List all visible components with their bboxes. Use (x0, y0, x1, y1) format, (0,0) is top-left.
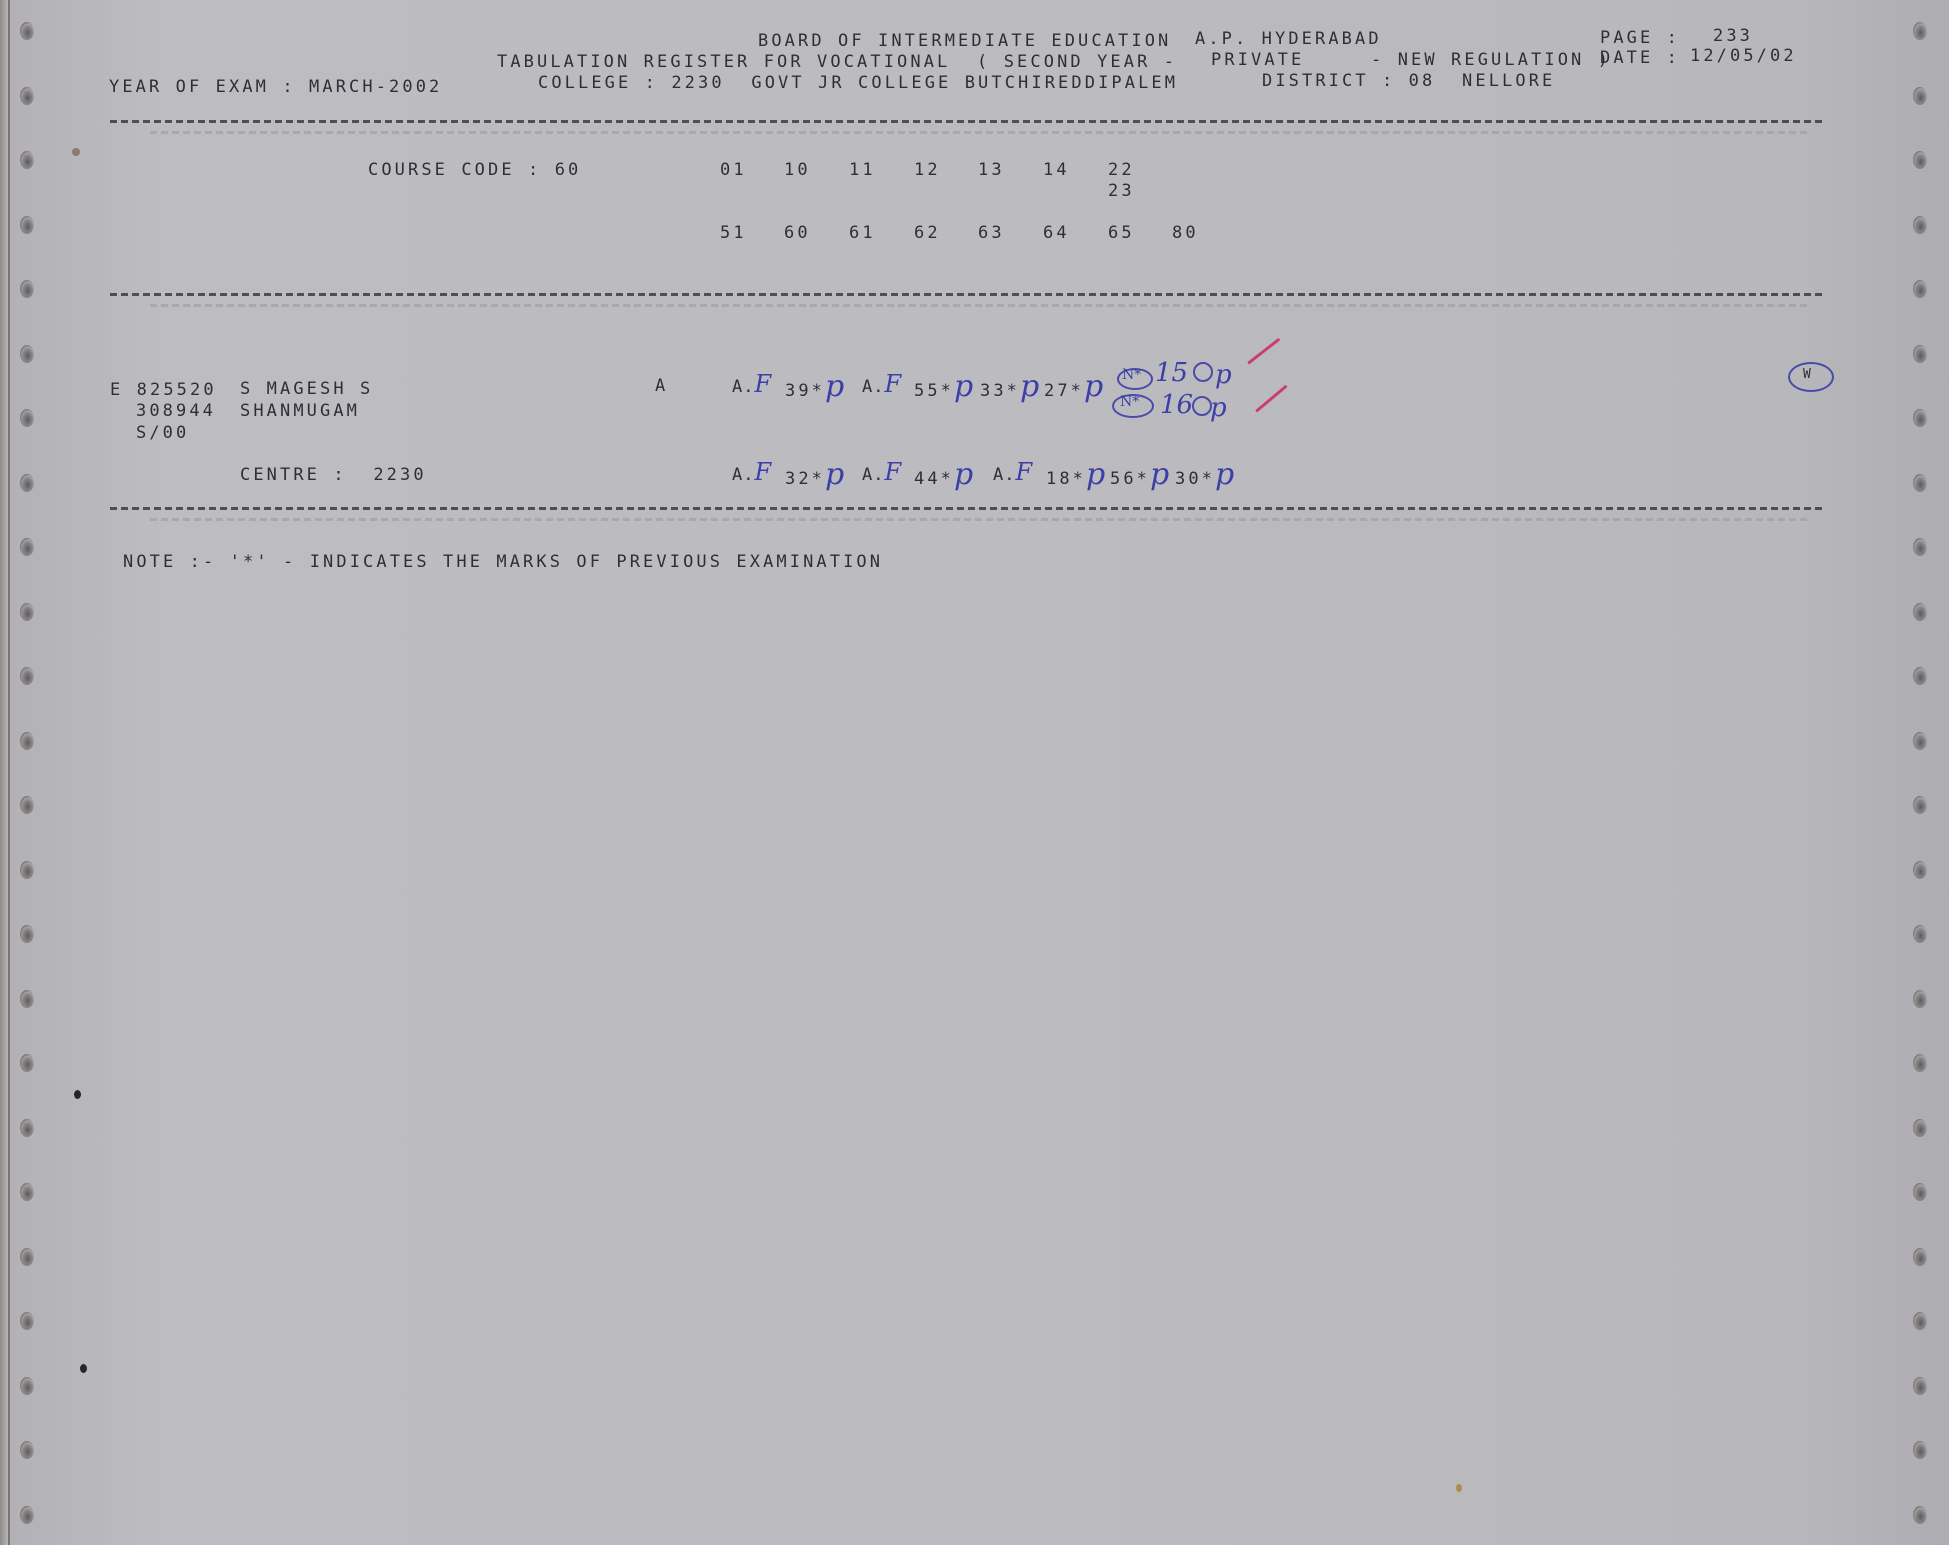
paper-blemish (74, 1090, 81, 1099)
year-of-exam: YEAR OF EXAM : MARCH-2002 (109, 79, 442, 96)
subject-mark: 33*p (980, 372, 1042, 402)
absent-fail-mark: A.F (862, 460, 902, 484)
pass-mark-p: p (954, 457, 976, 492)
subject-mark: 56*p (1110, 460, 1172, 490)
feed-hole-right (1913, 216, 1927, 234)
w-mark: W (1803, 368, 1811, 381)
separator-line (110, 120, 1825, 123)
course-code: 62 (914, 225, 941, 242)
paper-blemish (1456, 1484, 1462, 1492)
feed-hole-right (1913, 22, 1927, 40)
pass-mark-p: p (954, 369, 976, 404)
separator-ghost (150, 518, 1810, 521)
feed-hole-left (20, 22, 34, 40)
separator-ghost (150, 131, 1810, 134)
pass-mark-p: p (1210, 395, 1227, 421)
n-star-top: N* (1122, 368, 1141, 382)
course-code-extra: 23 (1108, 183, 1135, 200)
course-code: 11 (849, 162, 876, 179)
feed-hole-right (1913, 861, 1927, 879)
feed-hole-left (20, 796, 34, 814)
feed-hole-left (20, 1054, 34, 1072)
page-number: 233 (1713, 28, 1753, 45)
feed-hole-left (20, 732, 34, 750)
feed-hole-left (20, 667, 34, 685)
feed-hole-right (1913, 345, 1927, 363)
pass-mark-p: p (1215, 362, 1232, 388)
paper-blemish (80, 1364, 87, 1373)
date-label: DATE : (1600, 50, 1680, 67)
course-code: 65 (1108, 225, 1135, 242)
feed-hole-right (1913, 151, 1927, 169)
feed-hole-right (1913, 990, 1927, 1008)
feed-hole-left (20, 925, 34, 943)
pass-mark-p: p (1086, 457, 1108, 492)
handwritten-f: F (884, 370, 902, 398)
father-name: SHANMUGAM (240, 403, 360, 420)
course-code: 61 (849, 225, 876, 242)
date-value: 12/05/02 (1690, 48, 1797, 65)
subject-mark: 39*p (785, 372, 847, 402)
status-code: S/00 (136, 425, 189, 442)
feed-hole-left (20, 603, 34, 621)
course-code: 22 (1108, 162, 1135, 179)
feed-hole-left (20, 1183, 34, 1201)
feed-hole-right (1913, 1054, 1927, 1072)
header-register-title: TABULATION REGISTER FOR VOCATIONAL ( SEC… (497, 54, 1177, 71)
subject-mark: 44*p (914, 460, 976, 490)
course-code: 14 (1043, 162, 1070, 179)
feed-hole-left (20, 861, 34, 879)
feed-hole-right (1913, 538, 1927, 556)
subject-mark: 18*p (1046, 460, 1108, 490)
feed-hole-right (1913, 1506, 1927, 1524)
feed-hole-right (1913, 1377, 1927, 1395)
feed-hole-left (20, 216, 34, 234)
header-location: A.P. HYDERABAD (1195, 31, 1382, 48)
pass-mark-p: p (1020, 369, 1042, 404)
course-code: 60 (784, 225, 811, 242)
circled-w-mark (1788, 362, 1834, 392)
feed-hole-right (1913, 1312, 1927, 1330)
pass-mark-p: p (825, 369, 847, 404)
absent-fail-mark: A.F (862, 372, 902, 396)
feed-hole-right (1913, 474, 1927, 492)
feed-hole-right (1913, 409, 1927, 427)
registration-number: 308944 (136, 403, 216, 420)
absent-fail-mark: A.F (732, 372, 772, 396)
handwritten-f: F (754, 458, 772, 486)
feed-hole-right (1913, 280, 1927, 298)
feed-hole-left (20, 1441, 34, 1459)
feed-hole-left (20, 474, 34, 492)
handwritten-f: F (1015, 458, 1033, 486)
pass-mark-p: p (1215, 457, 1237, 492)
feed-hole-left (20, 87, 34, 105)
grade: A (655, 378, 668, 395)
handwritten-f: F (754, 370, 772, 398)
district-info: DISTRICT : 08 NELLORE (1262, 73, 1555, 90)
feed-hole-left (20, 1248, 34, 1266)
pass-mark-p: p (1084, 369, 1106, 404)
course-code: 63 (978, 225, 1005, 242)
feed-hole-left (20, 538, 34, 556)
paper-edge-left (0, 0, 8, 1545)
separator-line (110, 507, 1825, 510)
feed-hole-left (20, 280, 34, 298)
feed-hole-right (1913, 667, 1927, 685)
feed-hole-left (20, 1312, 34, 1330)
hall-ticket-number: E 825520 (110, 382, 217, 399)
footnote: NOTE :- '*' - INDICATES THE MARKS OF PRE… (123, 554, 883, 571)
feed-hole-right (1913, 87, 1927, 105)
course-code: 10 (784, 162, 811, 179)
feed-hole-right (1913, 1183, 1927, 1201)
feed-hole-right (1913, 732, 1927, 750)
student-name: S MAGESH S (240, 381, 373, 398)
feed-hole-right (1913, 796, 1927, 814)
feed-hole-left (20, 1119, 34, 1137)
subject-mark: 32*p (785, 460, 847, 490)
pass-mark-p: p (1150, 457, 1172, 492)
circled-r-top (1193, 362, 1213, 382)
feed-hole-left (20, 990, 34, 1008)
feed-hole-left (20, 1506, 34, 1524)
course-code: 12 (914, 162, 941, 179)
header-regulation: PRIVATE - NEW REGULATION ) (1211, 52, 1611, 69)
feed-hole-right (1913, 1441, 1927, 1459)
feed-hole-left (20, 151, 34, 169)
subject-mark: 55*p (914, 372, 976, 402)
course-code: 51 (720, 225, 747, 242)
feed-hole-left (20, 345, 34, 363)
handwritten-mark-16: 16 (1160, 392, 1193, 418)
pass-mark-p: p (825, 457, 847, 492)
course-code: 13 (978, 162, 1005, 179)
feed-hole-left (20, 409, 34, 427)
n-star-bottom: N* (1120, 395, 1139, 409)
absent-fail-mark: A.F (993, 460, 1033, 484)
handwritten-mark-15: 15 (1155, 360, 1188, 386)
absent-fail-mark: A.F (732, 460, 772, 484)
paper-blemish (72, 148, 80, 156)
handwritten-f: F (884, 458, 902, 486)
college-info: COLLEGE : 2230 GOVT JR COLLEGE BUTCHIRED… (538, 75, 1178, 92)
circled-r-bottom (1192, 396, 1212, 416)
feed-hole-right (1913, 1119, 1927, 1137)
page-label: PAGE : (1600, 30, 1680, 47)
subject-mark: 30*p (1175, 460, 1237, 490)
header-board-title: BOARD OF INTERMEDIATE EDUCATION (758, 33, 1171, 50)
subject-mark: 27*p (1044, 372, 1106, 402)
course-code-label: COURSE CODE : 60 (368, 162, 581, 179)
feed-hole-right (1913, 925, 1927, 943)
course-code: 80 (1172, 225, 1199, 242)
paper-fold (8, 0, 10, 1545)
course-code: 01 (720, 162, 747, 179)
separator-ghost (150, 304, 1810, 307)
centre-code: CENTRE : 2230 (240, 467, 427, 484)
feed-hole-left (20, 1377, 34, 1395)
course-code: 64 (1043, 225, 1070, 242)
separator-line (110, 293, 1825, 296)
feed-hole-right (1913, 603, 1927, 621)
feed-hole-right (1913, 1248, 1927, 1266)
